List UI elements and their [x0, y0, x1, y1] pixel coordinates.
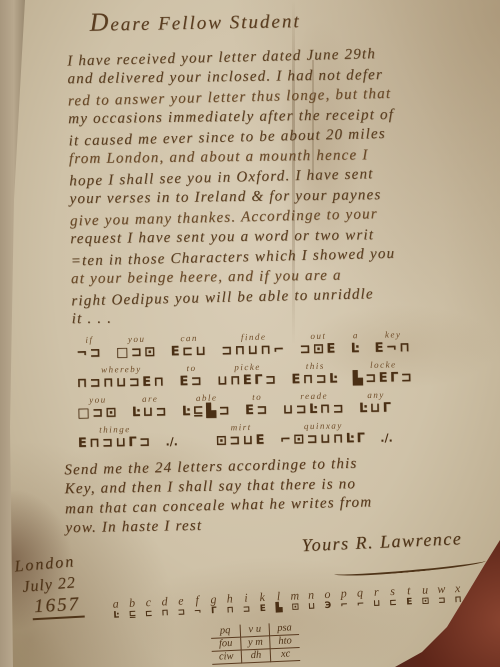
cipher-gloss: are	[142, 395, 158, 404]
alphabet-column: x⊓	[449, 582, 466, 607]
signature-flourish	[334, 556, 486, 579]
alphabet-column: zО	[482, 580, 499, 605]
cipher-glyphs: ⊐⊡Е	[299, 341, 337, 357]
key-glyph: ⊐	[243, 605, 251, 616]
cipher-word: areĿ⊔⊐	[132, 394, 169, 420]
key-glyph: ⌐	[340, 600, 348, 611]
key-glyph: Э	[324, 601, 331, 612]
alphabet-column: n⊔	[303, 588, 320, 613]
cipher-glyphs: ⊐⊓⊔⊓⌐	[221, 342, 287, 358]
grid-cell: fou	[211, 637, 241, 651]
cipher-line: whereby⊓⊐⊓⊔⊐Е⊓toЕ⊐picke⊔⊓ЕГ⊐thisЕ⊓⊐Ŀlock…	[77, 359, 491, 391]
alphabet-column: c⊏	[140, 596, 157, 621]
cipher-glyphs: Е⊓⊐⊔Г⊐	[78, 435, 153, 451]
cipher-gloss: able	[196, 394, 218, 403]
photo-backdrop: Deare Fellow Student I have received you…	[0, 0, 500, 667]
cipher-line: you□⊐⊡areĿ⊔⊐ableĿ⊑▙⊐toЕ⊐reade⊔⊐Ŀ⊓⊐anyĿ⊔Г	[77, 389, 491, 421]
alphabet-column: b⊑	[124, 597, 141, 622]
cipher-glyphs: ▙⊐ЕГ⊐	[353, 370, 415, 386]
alphabet-column: q⌐	[352, 586, 369, 611]
key-letter: w	[437, 583, 446, 596]
key-letter: r	[374, 586, 379, 599]
alphabet-column: yГ	[465, 581, 482, 606]
cipher-glyphs: Е⊏⊔	[171, 344, 209, 360]
cipher-gloss: you	[89, 396, 107, 405]
key-letter: m	[290, 589, 299, 602]
cipher-word: anyĿ⊔Г	[359, 391, 394, 417]
dateline: London July 22 1657	[14, 551, 86, 623]
cipher-gloss: reade	[300, 392, 328, 401]
cipher-gloss: any	[367, 391, 385, 400]
cipher-word: reade⊔⊐Ŀ⊓⊐	[283, 391, 347, 417]
cipher-glyphs: ¬⊐	[76, 346, 103, 361]
cipher-word: out⊐⊡Е	[299, 331, 338, 357]
cipher-glyphs: ⌐⊡⊐⊔⊓ĿГ	[280, 431, 368, 448]
key-glyph: ⊑	[129, 610, 137, 621]
key-letter: a	[112, 598, 119, 611]
cipher-glyphs: □⊐⊡	[116, 345, 158, 361]
salutation: Deare Fellow Student	[89, 4, 301, 38]
cipher-gloss: out	[310, 332, 326, 341]
cipher-glyphs: Е¬⊓	[374, 340, 412, 356]
alphabet-column: tЕ	[400, 584, 417, 609]
alphabet-column: f¬	[189, 594, 206, 619]
cipher-word: if¬⊐	[76, 336, 103, 361]
key-letter: s	[390, 585, 395, 598]
cipher-word: toЕ⊐	[179, 364, 204, 389]
cipher-gloss: to	[186, 364, 196, 373]
key-letter: k	[259, 591, 265, 604]
alphabet-key: aĿb⊑c⊏d⊓e⊐f¬gГh⊓i⊐kЕl▙m⊡n⊔oЭp⌐q⌐r⊔s⊏tЕu⊡…	[107, 580, 500, 622]
cipher-word: toЕ⊐	[245, 393, 270, 418]
key-glyph: Е	[406, 597, 413, 608]
key-glyph: ⊔	[308, 602, 316, 613]
cipher-glyphs: Е⊐	[179, 374, 204, 389]
cipher-word: canЕ⊏⊔	[170, 334, 208, 360]
grid-cell: dh	[241, 649, 271, 663]
key-glyph: ⊡	[291, 602, 299, 613]
cipher-block: if¬⊐you□⊐⊡canЕ⊏⊔finde⊐⊓⊔⊓⌐out⊐⊡ЕaĿkeyЕ¬⊓…	[76, 329, 492, 456]
alphabet-column: aĿ	[107, 597, 124, 622]
cipher-glyphs: Ŀ⊑▙⊐	[182, 403, 232, 419]
key-glyph: ⊔	[373, 599, 381, 610]
key-letter: f	[195, 594, 199, 607]
key-glyph: ⌐	[356, 599, 364, 610]
grid-cell: xc	[271, 648, 301, 662]
alphabet-column: oЭ	[319, 588, 336, 613]
key-glyph: О	[487, 593, 495, 604]
letter-body: I have received your letter dated June 2…	[67, 43, 498, 330]
alphabet-column: s⊏	[384, 585, 401, 610]
alphabet-column: m⊡	[286, 589, 303, 614]
cipher-line: thingeЕ⊓⊐⊔Г⊐./.mirt⊡⊐⊔Еquinxay⌐⊡⊐⊔⊓ĿГ./.	[78, 419, 492, 451]
key-letter: t	[407, 584, 411, 597]
letter-line: it . . .	[72, 304, 498, 330]
key-letter: c	[145, 596, 151, 609]
key-letter: q	[357, 586, 364, 599]
alphabet-column: p⌐	[335, 587, 352, 612]
key-letter: e	[178, 595, 184, 608]
cipher-glyphs: □⊐⊡	[77, 405, 119, 421]
cipher-gloss: locke	[370, 360, 397, 369]
key-letter: p	[340, 587, 347, 600]
grid-cell: ciw	[212, 650, 242, 664]
cipher-word: mirt⊡⊐⊔Е	[216, 423, 267, 449]
alphabet-column: gГ	[205, 593, 222, 618]
key-letter: g	[210, 593, 217, 606]
cipher-glyphs: ⊔⊐Ŀ⊓⊐	[283, 401, 347, 417]
cipher-word: you□⊐⊡	[77, 395, 119, 421]
cipher-glyphs: Ŀ	[351, 341, 362, 356]
manuscript-page: Deare Fellow Student I have received you…	[0, 0, 500, 667]
cipher-glyphs: ⊔⊓ЕГ⊐	[217, 373, 279, 389]
key-glyph: Г	[471, 594, 477, 605]
cipher-separator: ./.	[165, 435, 178, 448]
key-letter: i	[244, 592, 248, 605]
alphabet-column: h⊓	[221, 592, 238, 617]
alphabet-column: kЕ	[254, 591, 271, 616]
letter-closing: Send me the 24 letters accordinge to thi…	[64, 453, 497, 539]
key-letter: u	[422, 583, 429, 596]
key-letter: l	[277, 590, 281, 603]
cipher-gloss: to	[252, 393, 262, 402]
cipher-gloss: this	[306, 362, 325, 371]
key-glyph: ⊓	[226, 605, 234, 616]
alphabet-column: l▙	[270, 590, 287, 615]
cipher-word: picke⊔⊓ЕГ⊐	[217, 363, 279, 389]
key-letter: o	[324, 588, 331, 601]
alphabet-column: e⊐	[172, 594, 189, 619]
cipher-key-grid: pqv upsafouy mhtociwdhxc	[211, 622, 301, 665]
cipher-word: keyЕ¬⊓	[374, 330, 412, 356]
key-letter: y	[471, 581, 477, 594]
letter-content: Deare Fellow Student I have received you…	[0, 0, 500, 667]
alphabet-column: u⊡	[417, 583, 434, 608]
cipher-word: thingeЕ⊓⊐⊔Г⊐	[78, 425, 153, 451]
cipher-word: whereby⊓⊐⊓⊔⊐Е⊓	[77, 364, 167, 391]
key-letter: n	[308, 589, 315, 602]
key-letter: z	[488, 581, 493, 594]
key-glyph: Е	[260, 604, 267, 615]
key-letter: x	[455, 582, 461, 595]
key-letter: h	[226, 592, 233, 605]
cipher-gloss: whereby	[101, 365, 142, 375]
key-glyph: ⊏	[389, 598, 397, 609]
key-glyph: Г	[211, 606, 217, 617]
alphabet-column: d⊓	[156, 595, 173, 620]
cipher-glyphs: Е⊐	[245, 403, 270, 418]
cipher-gloss: picke	[234, 363, 261, 372]
alphabet-column: r⊔	[368, 585, 385, 610]
cipher-glyphs: Е⊓⊐Ŀ	[291, 371, 340, 387]
alphabet-column: w⊐	[433, 582, 450, 607]
key-glyph: ▙	[275, 603, 282, 614]
cipher-gloss: mirt	[231, 423, 252, 432]
cipher-gloss: thinge	[99, 425, 131, 435]
key-glyph: Ŀ	[113, 610, 119, 621]
cipher-glyphs: ⊓⊐⊓⊔⊐Е⊓	[77, 374, 167, 391]
key-letter: d	[161, 595, 168, 608]
cipher-gloss: key	[385, 330, 402, 339]
cipher-gloss: you	[128, 335, 146, 344]
key-glyph: ¬	[194, 607, 202, 618]
cipher-word: locke▙⊐ЕГ⊐	[352, 360, 414, 386]
cipher-glyphs: ⊡⊐⊔Е	[216, 433, 267, 449]
cipher-word: finde⊐⊓⊔⊓⌐	[221, 332, 287, 358]
key-glyph: ⊓	[161, 608, 169, 619]
cipher-gloss: finde	[241, 333, 267, 342]
cipher-word: you□⊐⊡	[116, 335, 158, 361]
cipher-word: thisЕ⊓⊐Ŀ	[291, 361, 340, 387]
key-glyph: ⊐	[177, 607, 185, 618]
key-glyph: ⊏	[145, 609, 153, 620]
cipher-gloss: can	[180, 334, 198, 343]
key-glyph: ⊓	[454, 595, 462, 606]
cipher-gloss: if	[85, 336, 93, 345]
cipher-word: ableĿ⊑▙⊐	[182, 393, 233, 419]
cipher-word: aĿ	[350, 331, 361, 356]
cipher-gloss: a	[353, 331, 359, 340]
cipher-glyphs: Ŀ⊔Г	[359, 401, 394, 417]
cipher-word: quinxay⌐⊡⊐⊔⊓ĿГ	[280, 421, 368, 448]
cipher-line: if¬⊐you□⊐⊡canЕ⊏⊔finde⊐⊓⊔⊓⌐out⊐⊡ЕaĿkeyЕ¬⊓	[76, 329, 490, 361]
alphabet-column: i⊐	[238, 591, 255, 616]
key-glyph: ⊡	[422, 596, 430, 607]
cipher-separator: ./.	[380, 432, 393, 445]
dateline-year: 1657	[32, 594, 85, 621]
key-glyph: ⊐	[438, 596, 446, 607]
key-letter: b	[129, 597, 136, 610]
grid-cell: hto	[270, 635, 300, 649]
cipher-glyphs: Ŀ⊔⊐	[132, 404, 169, 420]
cipher-gloss: quinxay	[304, 421, 343, 431]
